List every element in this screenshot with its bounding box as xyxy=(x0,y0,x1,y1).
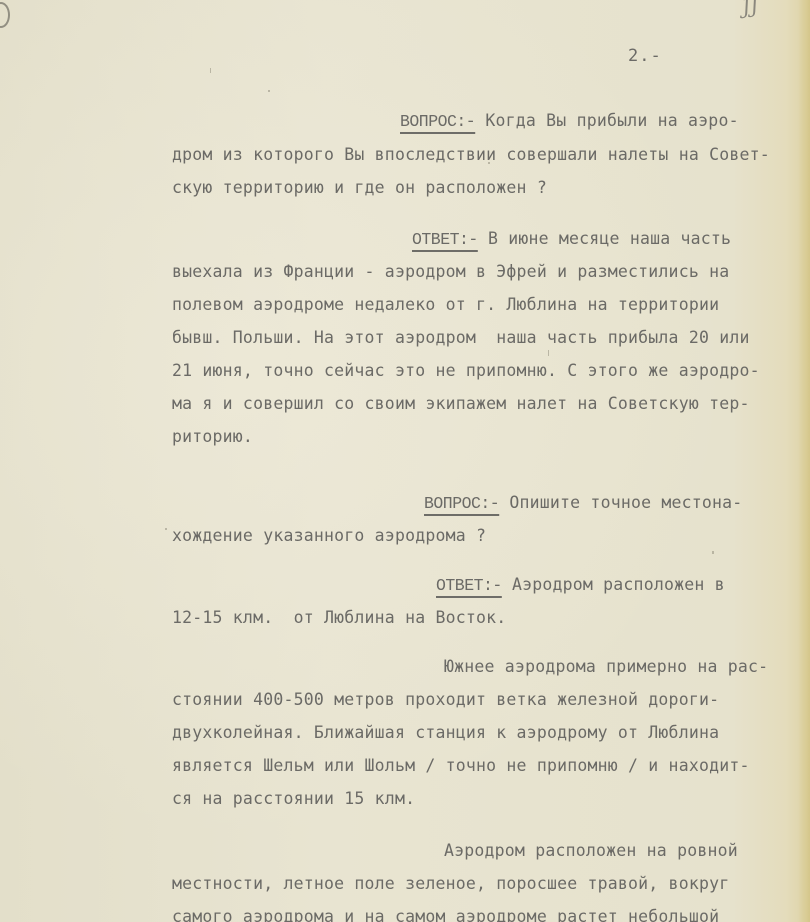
text-line: хождение указанного аэродрома ? xyxy=(172,525,486,547)
text-line: является Шельм или Шольм / точно не прип… xyxy=(172,755,750,777)
paper-speck xyxy=(712,551,714,554)
paragraph-first-line: Аэродром расположен на ровной xyxy=(444,840,738,862)
text-line: бывш. Польши. На этот аэродром наша част… xyxy=(172,327,750,349)
text-line: полевом аэродроме недалеко от г. Люблина… xyxy=(172,294,719,316)
text-line: ся на расстоянии 15 клм. xyxy=(172,788,415,810)
text-line: риторию. xyxy=(172,426,253,448)
paper-edge xyxy=(798,0,810,922)
page-number: 2.- xyxy=(628,46,662,66)
text-line: скую территорию и где он расположен ? xyxy=(172,177,547,199)
text-line: 21 июня, точно сейчас это не припомню. С… xyxy=(172,360,760,382)
question-first-line: ВОПРОС:- Опишите точное местона- xyxy=(424,492,742,515)
text-line: ма я и совершил со своим экипажем налет … xyxy=(172,393,750,415)
text-line: местности, летное поле зеленое, поросшее… xyxy=(172,873,729,895)
handwritten-corner-annotation: ЈЈ xyxy=(740,0,759,19)
question-first-line: ВОПРОС:- Когда Вы прибыли на аэро- xyxy=(400,110,739,133)
answer-label: ОТВЕТ:- xyxy=(412,230,478,249)
paper-speck xyxy=(268,90,270,92)
answer-text: В июне месяце наша часть xyxy=(488,229,731,248)
text-line: дром из которого Вы впоследствии соверша… xyxy=(172,144,770,166)
text-line: стоянии 400-500 метров проходит ветка же… xyxy=(172,689,719,711)
question-text: Опишите точное местона- xyxy=(509,493,742,512)
text-line: двухколейная. Ближайшая станция к аэродр… xyxy=(172,722,719,744)
question-text: Когда Вы прибыли на аэро- xyxy=(485,111,738,130)
answer-text: Аэродром расположен в xyxy=(512,575,725,594)
answer-first-line: ОТВЕТ:- Аэродром расположен в xyxy=(436,574,725,597)
answer-first-line: ОТВЕТ:- В июне месяце наша часть xyxy=(412,228,731,251)
question-label: ВОПРОС:- xyxy=(424,494,499,513)
paper-speck xyxy=(548,350,549,356)
paragraph-first-line: Южнее аэродрома примерно на рас- xyxy=(444,656,768,678)
paper-background xyxy=(0,0,810,922)
question-label: ВОПРОС:- xyxy=(400,112,475,131)
answer-label: ОТВЕТ:- xyxy=(436,576,502,595)
text-line: самого аэродрома и на самом аэродроме ра… xyxy=(172,906,719,922)
text-line: выехала из Франции - аэродром в Эфрей и … xyxy=(172,261,729,283)
paper-speck xyxy=(488,162,490,164)
paper-speck xyxy=(165,528,167,530)
text-line: 12-15 клм. от Люблина на Восток. xyxy=(172,607,506,629)
paper-speck xyxy=(210,68,211,73)
